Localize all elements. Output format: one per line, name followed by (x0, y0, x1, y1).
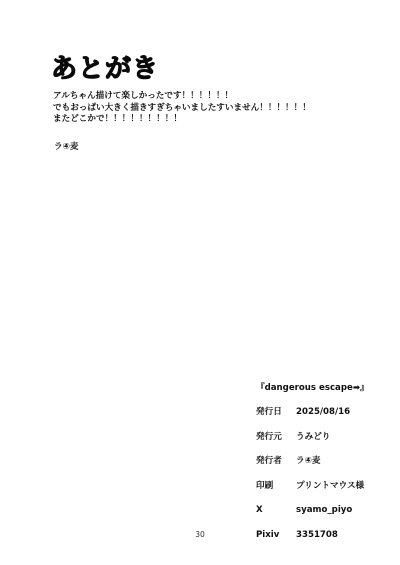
message-line: アルちゃん描けて楽しかったです！！！！！！ (53, 91, 311, 103)
colophon-value: ラ④麦 (296, 454, 320, 468)
colophon-row-publish-date: 発行日 2025/08/16 (256, 405, 369, 419)
colophon-value: うみどり (296, 430, 330, 444)
colophon-row-x: X syamo_piyo (256, 503, 369, 517)
page-title: あとがき (51, 53, 159, 85)
colophon-row-publisher: 発行元 うみどり (256, 430, 369, 444)
colophon-value: 2025/08/16 (296, 405, 350, 419)
message-line: でもおっぱい大きく描きすぎちゃいましたすいません！！！！！！ (53, 103, 311, 115)
page-number: 30 (0, 530, 400, 539)
afterword-message: アルちゃん描けて楽しかったです！！！！！！ でもおっぱい大きく描きすぎちゃいまし… (53, 91, 311, 126)
colophon-value: プリントマウス様 (296, 479, 364, 493)
afterword-page: あとがき アルちゃん描けて楽しかったです！！！！！！ でもおっぱい大きく描きすぎ… (0, 0, 400, 565)
colophon-label: X (256, 503, 296, 517)
colophon-row-printer: 印刷 プリントマウス様 (256, 479, 369, 493)
colophon: 『dangerous escape➡』 発行日 2025/08/16 発行元 う… (256, 381, 369, 552)
colophon-label: 発行元 (256, 430, 296, 444)
colophon-row-issuer: 発行者 ラ④麦 (256, 454, 369, 468)
author-signature: ラ④麦 (54, 140, 78, 152)
colophon-value: syamo_piyo (296, 503, 352, 517)
colophon-label: 印刷 (256, 479, 296, 493)
colophon-label: 発行者 (256, 454, 296, 468)
colophon-label: 発行日 (256, 405, 296, 419)
book-title: 『dangerous escape➡』 (256, 381, 369, 395)
message-line: またどこかで！！！！！！！！！ (53, 114, 311, 126)
